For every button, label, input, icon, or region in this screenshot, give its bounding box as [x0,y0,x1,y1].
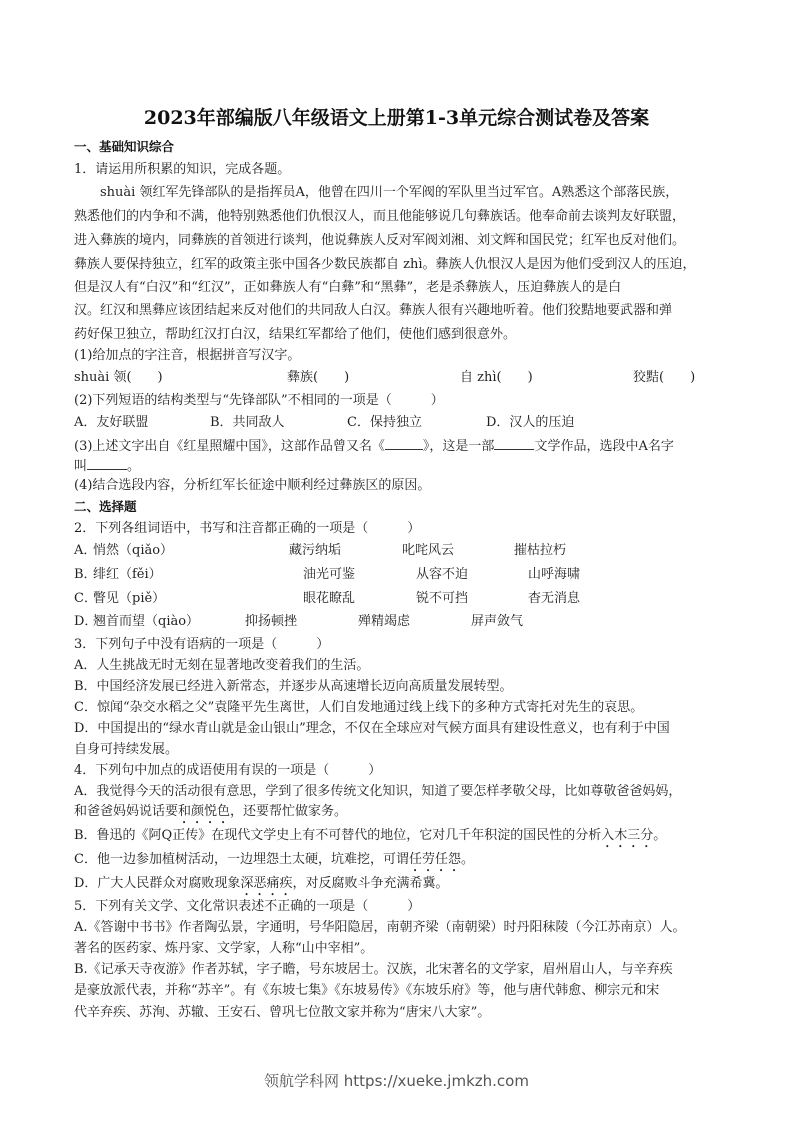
q5-line: A.《答谢中书书》作者陶弘景，字通明，号华阳隐居，南朝齐梁（南朝梁）时丹阳秣陵（… [74,920,686,936]
q3-option-cont: 自身可持续发展。 [74,742,178,758]
q4-stem: 4．下列句中加点的成语使用有误的一项是（ ） [74,763,381,779]
q1-passage-line: 彝族人要保持独立，红军的政策主张中国各少数民族都自 zhì。彝族人仇恨汉人是因为… [74,257,696,273]
q1-sub2-option: C．保持独立 [347,415,422,431]
q2-word: 瞥见（piě） [93,591,165,607]
q2-word: 殚精竭虑 [358,614,410,630]
q4-text: ，还要帮忙做家务。 [230,804,347,819]
q1-passage-line: 汉。红汉和黑彝应该团结起来反对他们的共同敌人白汉。彝族人很有兴趣地听着。他们狡黠… [74,303,672,319]
q1-passage-line: 熟悉他们的内争和不满，他特别熟悉他们仇恨汉人，而且他能够说几句彝族话。他奉命前去… [74,209,685,225]
q1-sub3-line2: 叫。 [74,457,140,475]
q4-text: ，对反腐败斗争充满希冀。 [292,876,448,891]
q5-line: 著名的医药家、炼丹家、文学家，人称“山中宰相”。 [74,941,373,957]
q4-option-a: A．我觉得今天的活动很有意思，学到了很多传统文化知识，知道了要怎样孝敬父母，比如… [74,784,681,800]
q4-text: 。 [653,828,666,843]
q1-sub3-text: (3)上述文字出自《红星照耀中国》，这部作品曾又名《 [74,439,385,454]
q1-sub3-text: 》，这是一部 [423,439,495,454]
q1-sub1-item: 自 zhì( ) [460,370,533,386]
q1-sub2-stem: (2)下列短语的结构类型与“先锋部队”不相同的一项是（ ） [74,393,444,409]
q1-passage-line: shuài 领红军先锋部队的是指挥员A，他曾在四川一个军阀的军队里当过军官。A熟… [100,185,678,201]
q2-word: 摧枯拉朽 [514,543,566,559]
q2-word: 锐不可挡 [416,591,468,607]
q1-sub2-option: D．汉人的压迫 [486,415,574,431]
q1-sub1-item: 狡黠( ) [633,370,695,386]
q1-sub4: (4)结合选段内容，分析红军长征途中顺利经过彝族区的原因。 [74,478,430,494]
q2-word: 绯红（fěi） [93,567,162,583]
q1-sub3-text: 叫 [74,459,87,474]
q3-option: A．人生挑战无时无刻在显著地改变着我们的生活。 [74,658,369,674]
q2-word: 油光可鉴 [303,567,355,583]
q2-word: 眼花瞭乱 [303,591,355,607]
q4-option-a-cont: 和爸爸妈妈说话要和颜悦色，还要帮忙做家务。 [74,804,347,827]
q2-word: 藏污纳垢 [289,543,341,559]
q1-stem: 1．请运用所积累的知识，完成各题。 [74,162,290,178]
q3-option: B．中国经济发展已经进入新常态，并逐步从高速增长迈向高质量发展转型。 [74,679,513,695]
q4-text: D．广大人民群众对腐败现象 [74,876,240,891]
footer-watermark: 领航学科网 https://xueke.jmkzh.com [0,1070,793,1091]
exam-page: 2023年部编版八年级语文上册第1-3单元综合测试卷及答案 一、基础知识综合 1… [0,0,793,1122]
q1-passage-line: 进入彝族的境内，同彝族的首领进行谈判，他说彝族人反对军阀刘湘、刘文辉和国民党；红… [74,233,685,249]
q2-word: 屏声敛气 [471,614,523,630]
section-heading-choice: 二、选择题 [74,499,137,515]
q5-line: B.《记承天寺夜游》作者苏轼，字子瞻，号东坡居士。汉族，北宋著名的文学家，眉州眉… [74,962,673,978]
q1-passage-line: 药好保卫独立，帮助红汉打白汉，结果红军都给了他们，使他们感到很意外。 [74,327,516,343]
q1-sub1-item: shuài 领( ) [74,370,163,386]
q1-sub3-line1: (3)上述文字出自《红星照耀中国》，这部作品曾又名《》，这是一部文学作品，选段中… [74,437,674,455]
q2-word: 悄然（qiǎo） [93,543,173,559]
q2-word: 叱咤风云 [402,543,454,559]
q4-text: 。 [461,852,474,867]
q2-word: 抑扬顿挫 [245,614,297,630]
q5-stem: 5．下列有关文学、文化常识表述不正确的一项是（ ） [74,899,420,915]
q1-sub2-option: B．共同敌人 [210,415,285,431]
q3-stem: 3．下列句子中没有语病的一项是（ ） [74,637,329,653]
answer-blank[interactable] [385,437,423,450]
q4-option-c: C．他一边参加植树活动，一边埋怨土太硬，坑难挖，可谓任劳任怨。 [74,852,474,875]
q2-word: 翘首而望（qiào） [93,614,199,630]
q2-stem: 2．下列各组词语中，书写和注音都正确的一项是（ ） [74,521,420,537]
q5-line: 代辛弃疾、苏洵、苏辙、王安石、曾巩七位散文家并称为“唐宋八大家”。 [74,1005,490,1021]
q1-sub3-text: 文学作品，选段中A名字 [534,439,673,454]
q4-dotted-idiom: 和颜悦色 [178,804,230,819]
q2-word: 从容不迫 [416,567,468,583]
answer-blank[interactable] [494,437,534,450]
q1-sub1-stem: (1)给加点的字注音，根据拼音写汉字。 [74,348,300,364]
q1-sub1-item: 彝族( ) [287,370,349,386]
section-heading-basic: 一、基础知识综合 [74,139,174,155]
q3-option: D．中国提出的“绿水青山就是金山银山”理念，不仅在全球应对气候方面具有建设性意义… [74,721,670,737]
q2-word: 山呼海啸 [528,567,580,583]
answer-blank[interactable] [87,457,127,470]
q4-text: C．他一边参加植树活动，一边埋怨土太硬，坑难挖，可谓 [74,852,409,867]
q4-text: 和爸爸妈妈说话要 [74,804,178,819]
q2-word: 杳无消息 [528,591,580,607]
q1-sub3-text: 。 [127,459,140,474]
q3-option: C．惊闻“杂交水稻之父”袁隆平先生离世，人们自发地通过线上线下的多种方式寄托对先… [74,700,643,716]
q4-dotted-idiom: 深恶痛疾 [240,876,292,891]
q4-option-d: D．广大人民群众对腐败现象深恶痛疾，对反腐败斗争充满希冀。 [74,876,448,899]
q4-dotted-idiom: 入木三分 [601,828,653,843]
q1-passage-line: 但是汉人有“白汉”和“红汉”，正如彝族人有“白彝”和“黑彝”，老是杀彝族人，压迫… [74,280,621,296]
q4-text: B．鲁迅的《阿Q正传》在现代文学史上有不可替代的地位，它对几千年积淀的国民性的分… [74,828,601,843]
q1-sub2-option: A．友好联盟 [74,415,148,431]
q5-line: 是豪放派代表，并称“苏辛”。有《东坡七集》《东坡易传》《东坡乐府》等，他与唐代韩… [74,983,659,999]
page-title: 2023年部编版八年级语文上册第1-3单元综合测试卷及答案 [0,103,793,130]
q4-option-b: B．鲁迅的《阿Q正传》在现代文学史上有不可替代的地位，它对几千年积淀的国民性的分… [74,828,666,851]
q4-dotted-idiom: 任劳任怨 [409,852,461,867]
